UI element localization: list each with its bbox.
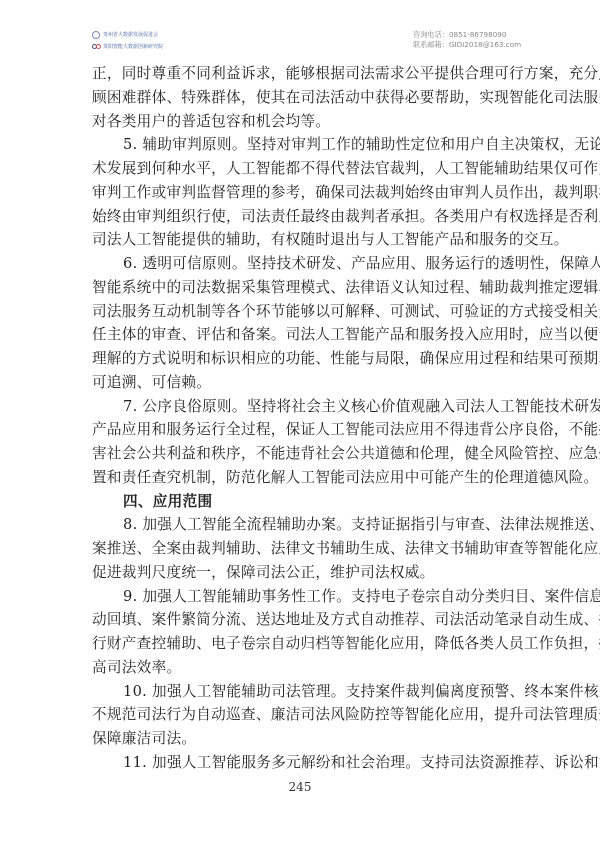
text-line: 8. 加强人工智能全流程辅助办案。支持证据指引与审查、法律法规推送、类	[92, 513, 510, 537]
organization-logo: 贵州省大数据发展促进会 贵阳智能大数据创新研究院	[92, 30, 164, 52]
logo-line-1: 贵州省大数据发展促进会	[103, 32, 158, 38]
text-line: 产品应用和服务运行全过程，保证人工智能司法应用不得违背公序良俗，不能损	[92, 418, 510, 442]
page-number: 245	[0, 780, 600, 794]
text-line: 智能系统中的司法数据采集管理模式、法律语义认知过程、辅助裁判推定逻辑、	[92, 276, 510, 300]
phone-label: 咨询电话：	[413, 30, 449, 39]
text-line: 11. 加强人工智能服务多元解纷和社会治理。支持司法资源推荐、诉讼和调	[92, 751, 510, 775]
phone-number: 0851-86798090	[449, 30, 506, 39]
email-row: 联系邮箱：GIDI2018@163.com	[413, 40, 521, 50]
text-line: 保障廉洁司法。	[92, 727, 510, 751]
association-logo-icon	[92, 31, 100, 39]
text-line: 对各类用户的普适包容和机会均等。	[92, 110, 510, 134]
institute-logo-icon	[92, 43, 101, 51]
text-line: 置和责任查究机制，防范化解人工智能司法应用中可能产生的伦理道德风险。	[92, 466, 510, 490]
text-line: 7. 公序良俗原则。坚持将社会主义核心价值观融入司法人工智能技术研发、	[92, 395, 510, 419]
text-line: 6. 透明可信原则。坚持技术研发、产品应用、服务运行的透明性，保障人工	[92, 252, 510, 276]
text-line: 5. 辅助审判原则。坚持对审判工作的辅助性定位和用户自主决策权，无论技	[92, 133, 510, 157]
text-line: 任主体的审查、评估和备案。司法人工智能产品和服务投入应用时，应当以便于	[92, 323, 510, 347]
text-line: 正，同时尊重不同利益诉求，能够根据司法需求公平提供合理可行方案，充分照	[92, 62, 510, 86]
text-line: 9. 加强人工智能辅助事务性工作。支持电子卷宗自动分类归目、案件信息自	[92, 585, 510, 609]
text-line: 始终由审判组织行使，司法责任最终由裁判者承担。各类用户有权选择是否利用	[92, 205, 510, 229]
text-line: 司法服务互动机制等各个环节能够以可解释、可测试、可验证的方式接受相关责	[92, 300, 510, 324]
phone-row: 咨询电话：0851-86798090	[413, 30, 521, 40]
text-line: 可追溯、可信赖。	[92, 371, 510, 395]
text-line: 高司法效率。	[92, 656, 510, 680]
text-line: 术发展到何种水平，人工智能都不得代替法官裁判，人工智能辅助结果仅可作为	[92, 157, 510, 181]
document-body: 正，同时尊重不同利益诉求，能够根据司法需求公平提供合理可行方案，充分照顾困难群体…	[92, 62, 510, 775]
email-label: 联系邮箱：	[413, 40, 449, 49]
text-line: 10. 加强人工智能辅助司法管理。支持案件裁判偏离度预警、终本案件核查、	[92, 680, 510, 704]
text-line: 司法人工智能提供的辅助，有权随时退出与人工智能产品和服务的交互。	[92, 228, 510, 252]
text-line: 不规范司法行为自动巡查、廉洁司法风险防控等智能化应用，提升司法管理质效，	[92, 703, 510, 727]
logo-line-2: 贵阳智能大数据创新研究院	[103, 44, 163, 50]
text-line: 害社会公共利益和秩序，不能违背社会公共道德和伦理，健全风险管控、应急处	[92, 442, 510, 466]
text-line: 审判工作或审判监督管理的参考，确保司法裁判始终由审判人员作出，裁判职权	[92, 181, 510, 205]
text-line: 案推送、全案由裁判辅助、法律文书辅助生成、法律文书辅助审查等智能化应用，	[92, 537, 510, 561]
text-line: 行财产查控辅助、电子卷宗自动归档等智能化应用，降低各类人员工作负担，提	[92, 632, 510, 656]
contact-info: 咨询电话：0851-86798090 联系邮箱：GIDI2018@163.com	[413, 30, 521, 50]
page-header: 贵州省大数据发展促进会 贵阳智能大数据创新研究院 咨询电话：0851-86798…	[0, 0, 600, 60]
text-line: 动回填、案件繁简分流、送达地址及方式自动推荐、司法活动笔录自动生成、执	[92, 608, 510, 632]
text-line: 促进裁判尺度统一，保障司法公正，维护司法权威。	[92, 561, 510, 585]
section-heading: 四、应用范围	[92, 490, 510, 514]
text-line: 理解的方式说明和标识相应的功能、性能与局限，确保应用过程和结果可预期、	[92, 347, 510, 371]
email-address: GIDI2018@163.com	[449, 40, 521, 49]
text-line: 顾困难群体、特殊群体，使其在司法活动中获得必要帮助，实现智能化司法服务	[92, 86, 510, 110]
